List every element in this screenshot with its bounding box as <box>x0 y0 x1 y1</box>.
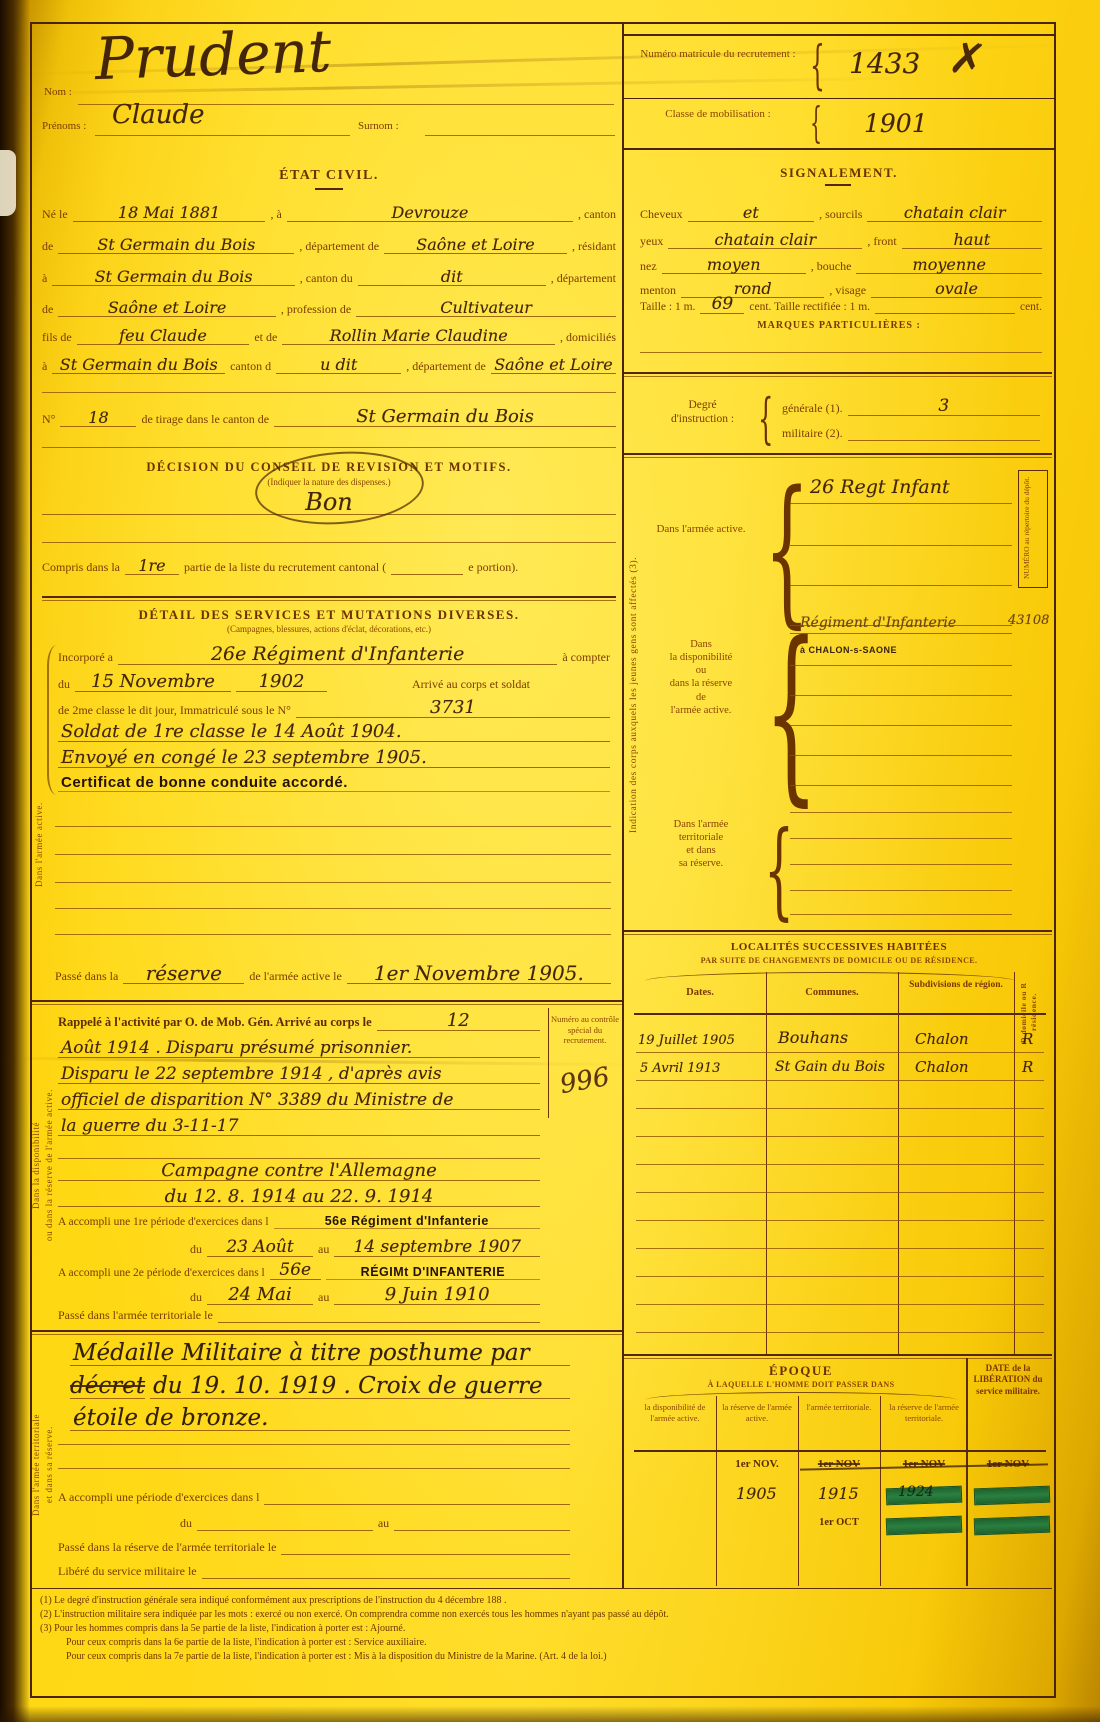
nez-line: nez moyen , bouche moyenne <box>640 257 1042 274</box>
epoque-r3c3: 1er OCT <box>800 1516 878 1529</box>
corps-line <box>790 890 1012 891</box>
ne-le-label: Né le <box>42 207 68 222</box>
page-bottom-shadow <box>0 1706 1100 1722</box>
nez-value: moyen <box>662 257 806 274</box>
signalement-title: SIGNALEMENT. <box>634 165 1044 181</box>
section-divider <box>32 1330 622 1332</box>
dispo-label-1: Dans <box>652 638 750 651</box>
etat-civil-title: ÉTAT CIVIL. <box>42 168 616 184</box>
front-value: haut <box>902 232 1042 249</box>
medaille-value-2: du 19. 10. 1919 . Croix de guerre <box>150 1375 570 1399</box>
periode2-label: A accompli une 2e période d'exercices da… <box>58 1266 265 1280</box>
section-divider <box>624 457 1052 458</box>
militaire-label: militaire (2). <box>782 426 843 441</box>
portion-label: e portion). <box>468 560 518 575</box>
du-label: du <box>180 1516 192 1531</box>
bouche-value: moyenne <box>856 257 1042 274</box>
periode2-dates-line: du 24 Mai au 9 Juin 1910 <box>190 1286 540 1305</box>
blank-line <box>42 447 616 448</box>
avis-value: officiel de disparition N° 3389 du Minis… <box>58 1092 540 1110</box>
birth-canton-line: de St Germain du Bois , département de S… <box>42 237 616 254</box>
section-divider <box>624 930 1052 932</box>
birth-place-value: Devrouze <box>287 205 573 222</box>
profession-value: Cultivateur <box>356 300 616 317</box>
taille-line: Taille : 1 m. 69 cent. Taille rectifiée … <box>640 296 1042 314</box>
margin-bracket <box>47 645 63 795</box>
sourcils-value: chatain clair <box>867 205 1042 222</box>
incorporation-year-value: 1902 <box>236 673 327 692</box>
surnom-label: Surnom : <box>358 120 399 134</box>
page-left-shadow <box>0 0 30 1722</box>
bouche-label: , bouche <box>811 259 852 274</box>
epoque-col-4: la réserve de l'armée territoriale. <box>882 1402 966 1423</box>
liste-line: Compris dans la 1re partie de la liste d… <box>42 558 616 575</box>
blank-line <box>55 908 611 909</box>
corps-line <box>790 695 1012 696</box>
soldat-1re-classe-value: Soldat de 1re classe le 14 Août 1904. <box>58 723 610 742</box>
epoque-r2c4: 1924 <box>898 1485 934 1499</box>
blank-line <box>58 1468 570 1469</box>
epoque-col-2: la réserve de l'armée active. <box>718 1402 796 1423</box>
table-vsep <box>898 972 899 1354</box>
dispo-corps-value: Régiment d'Infanterie <box>800 616 956 630</box>
section-divider <box>624 1354 1052 1356</box>
disparu-value-1: Août 1914 . Disparu présumé prisonnier. <box>58 1040 540 1058</box>
residence-line: à St Germain du Bois , canton du dit , d… <box>42 269 616 286</box>
tirage-label: de tirage dans le canton de <box>141 412 269 427</box>
birth-date-value: 18 Mai 1881 <box>73 205 266 222</box>
periode-territoriale-line: A accompli une période d'exercices dans … <box>58 1490 570 1505</box>
section-divider <box>42 600 616 601</box>
armee-active-label: Dans l'armée active. <box>652 523 750 537</box>
conge-value: Envoyé en congé le 23 septembre 1905. <box>58 749 610 768</box>
green-stamp <box>974 1516 1051 1536</box>
epoque-r2c3: 1915 <box>818 1486 859 1502</box>
cheveux-line: Cheveux et , sourcils chatain clair <box>640 205 1042 222</box>
table-vsep <box>766 972 767 1354</box>
matricule-label: Numéro matricule du recrutement : <box>632 48 804 62</box>
table-vsep <box>1014 972 1015 1354</box>
liste-partie-value: 1re <box>125 558 179 575</box>
corps-line <box>790 812 1012 813</box>
au-label: au <box>318 1242 329 1257</box>
medaille-struck-word: décret <box>70 1375 145 1399</box>
liste-label: partie de la liste du recrutement canton… <box>184 560 386 575</box>
localites-row-commune: St Gain du Bois <box>775 1060 885 1074</box>
parents-domicile-line: à St Germain du Bois canton d u dit , dé… <box>42 357 616 374</box>
profession-label: , profession de <box>281 302 351 317</box>
tirage-number-value: 18 <box>60 410 136 427</box>
table-row-line <box>636 1108 1044 1109</box>
epoque-col-date: DATE de la LIBÉRATION du service militai… <box>970 1363 1046 1397</box>
military-registration-sheet: Nom : Prudent Prénoms : Claude Surnom : … <box>0 0 1100 1722</box>
table-row-line <box>636 1080 1044 1081</box>
localites-row-dr: R <box>1022 1060 1033 1075</box>
residence-dept-value: Saône et Loire <box>58 300 276 317</box>
section-divider <box>42 596 616 598</box>
title-dash <box>825 184 851 186</box>
matricule-value: 1433 <box>849 50 920 78</box>
recruitment-number-box: Numéro matricule du recrutement : { 1433… <box>622 34 1056 150</box>
passe-reserve-line: Passé dans la réserve de l'armée active … <box>55 963 611 984</box>
periode2-line: A accompli une 2e période d'exercices da… <box>58 1262 540 1280</box>
blank-line <box>42 392 616 393</box>
cheveux-value: et <box>688 205 814 222</box>
du-label: du <box>190 1242 202 1257</box>
table-row-line <box>636 1164 1044 1165</box>
blank-line <box>55 854 611 855</box>
epoque-r1c2: 1er NOV. <box>718 1458 796 1472</box>
cent-label: cent. <box>1020 300 1042 314</box>
periode2-corps-number: 56e <box>270 1262 321 1280</box>
footnote-2: (2) L'instruction militaire sera indiqué… <box>40 1608 1048 1622</box>
medaille-line-1: Médaille Militaire à titre posthume par <box>70 1342 570 1366</box>
corps-line <box>790 914 1012 915</box>
libere-blank <box>202 1578 570 1579</box>
armee-active-corps-value: 26 Regt Infant <box>810 478 950 497</box>
guerre-value: la guerre du 3-11-17 <box>58 1118 540 1136</box>
tirage-line: N° 18 de tirage dans le canton de St Ger… <box>42 408 616 427</box>
margin-label-armee-active: Dans l'armée active. <box>34 740 46 950</box>
terr-label-1: Dans l'armée <box>652 818 750 831</box>
section-divider <box>624 453 1052 455</box>
a-label: à <box>42 359 47 374</box>
instruction-militaire-line: militaire (2). <box>782 426 1040 441</box>
incorporation-line: Incorporé a 26e Régiment d'Infanterie à … <box>58 645 610 665</box>
au-blank <box>394 1530 570 1531</box>
reserve-value: réserve <box>123 963 244 984</box>
prenoms-label: Prénoms : <box>42 120 86 134</box>
nom-value: Prudent <box>94 22 332 88</box>
corps-line <box>790 785 1012 786</box>
table-row-line <box>636 1248 1044 1249</box>
dispo-label-6: l'armée active. <box>652 704 750 717</box>
table-row-line <box>636 1192 1044 1193</box>
blank-line <box>58 1444 570 1445</box>
immatriculation-number-value: 3731 <box>296 699 610 718</box>
localites-row-commune: Bouhans <box>778 1030 848 1046</box>
a-compter-label: à compter <box>562 650 610 665</box>
birth-dept-value: Saône et Loire <box>384 237 567 254</box>
profession-line: de Saône et Loire , profession de Cultiv… <box>42 300 616 317</box>
cheveux-label: Cheveux <box>640 207 683 222</box>
liste-portion-blank <box>391 574 463 575</box>
periode1-date1-value: 23 Août <box>207 1239 313 1257</box>
soldat-1re-classe-line: Soldat de 1re classe le 14 Août 1904. <box>58 723 610 742</box>
localites-row-subdivision: Chalon <box>915 1032 969 1047</box>
periode2-date1-value: 24 Mai <box>207 1286 313 1305</box>
margin-label-disponibilite-2: ou dans la réserve de l'armée active. <box>44 1030 56 1300</box>
disparu-value-2: Disparu le 22 septembre 1914 , d'après a… <box>58 1066 540 1084</box>
epoque-title: ÉPOQUE <box>634 1363 968 1379</box>
libere-line: Libéré du service militaire le <box>58 1564 570 1579</box>
table-vsep <box>966 1358 968 1586</box>
incorporation-date-value: 15 Novembre <box>75 673 231 692</box>
yeux-label: yeux <box>640 234 663 249</box>
brace-glyph: { <box>810 40 825 92</box>
compris-label: Compris dans la <box>42 560 120 575</box>
instruction-label: Degré d'instruction : <box>655 398 750 427</box>
margin-label-territoriale-1: Dans l'armée territoriale <box>31 1350 43 1580</box>
yeux-line: yeux chatain clair , front haut <box>640 232 1042 249</box>
residant-label: , résidant <box>572 239 616 254</box>
table-vsep <box>716 1396 717 1586</box>
armee-active-le-label: de l'armée active le <box>249 969 341 984</box>
periode2-date2-value: 9 Juin 1910 <box>334 1286 540 1305</box>
brace-glyph: { <box>810 102 822 144</box>
marques-label: MARQUES PARTICULIÈRES : <box>634 320 1044 331</box>
header-rule <box>634 1013 1046 1015</box>
blank-line <box>55 826 611 827</box>
section-divider <box>32 1334 622 1335</box>
de-label: de <box>42 302 53 317</box>
brace-glyph: { <box>758 392 773 446</box>
immatriculation-line: de 2me classe le dit jour, Immatriculé s… <box>58 699 610 718</box>
tirage-canton-value: St Germain du Bois <box>274 408 616 427</box>
controle-box-border <box>548 1008 549 1118</box>
corps-margin-label: Indication des corps auxquels les jeunes… <box>628 465 640 925</box>
green-stamp <box>886 1516 963 1536</box>
localites-row-date: 5 Avril 1913 <box>640 1062 720 1075</box>
parents-line: fils de feu Claude et de Rollin Marie Cl… <box>42 328 616 345</box>
section-divider <box>624 934 1052 935</box>
disparu-line-2: Disparu le 22 septembre 1914 , d'après a… <box>58 1066 540 1084</box>
footnote-5: Pour ceux compris dans la 7e partie de l… <box>66 1650 1048 1664</box>
dispo-label-5: de <box>652 691 750 704</box>
campagne-line-2: du 12. 8. 1914 au 22. 9. 1914 <box>58 1188 540 1207</box>
periode1-label: A accompli une 1re période d'exercices d… <box>58 1215 269 1229</box>
table-vsep <box>880 1396 881 1586</box>
guerre-line: la guerre du 3-11-17 <box>58 1118 540 1136</box>
birth-line: Né le 18 Mai 1881 , à Devrouze , canton <box>42 205 616 222</box>
localites-col-dates: Dates. <box>634 986 766 999</box>
medaille-line-3: étoile de bronze. <box>70 1407 570 1431</box>
table-vsep <box>798 1396 799 1586</box>
classe-label: Classe de mobilisation : <box>632 108 804 122</box>
a-label: à <box>42 271 47 286</box>
medaille-value-1: Médaille Militaire à titre posthume par <box>70 1342 570 1366</box>
periode1-corps-stamp: 56e Régiment d'Infanterie <box>274 1214 540 1229</box>
domicilies-label: , domiciliés <box>560 330 616 345</box>
nom-label: Nom : <box>44 86 72 100</box>
nez-label: nez <box>640 259 657 274</box>
table-row-line <box>636 1332 1044 1333</box>
terr-label-4: sa réserve. <box>652 857 750 870</box>
localites-row-date: 19 Juillet 1905 <box>638 1034 735 1047</box>
footnote-divider <box>32 1588 1052 1589</box>
reserve-date-value: 1er Novembre 1905. <box>347 963 611 984</box>
header-rule <box>634 1450 1046 1452</box>
dispo-corps-number: 43108 <box>1008 614 1049 627</box>
au-label: au <box>378 1516 389 1531</box>
reserve-territoriale-blank <box>281 1554 570 1555</box>
brace-glyph: { <box>764 818 794 923</box>
corps-line <box>790 755 1012 756</box>
immatricule-label: de 2me classe le dit jour, Immatriculé s… <box>58 703 291 718</box>
services-subtitle: (Campagnes, blessures, actions d'éclat, … <box>42 624 616 634</box>
dispo-label-4: dans la réserve <box>652 677 750 690</box>
father-value: feu Claude <box>77 328 250 345</box>
territoriale-label: Dans l'armée territoriale et dans sa rés… <box>652 818 750 871</box>
epoque-col-1: la disponibilité de l'armée active. <box>636 1402 714 1423</box>
departement-label: , département <box>551 271 616 286</box>
epoque-r2c2: 1905 <box>736 1486 777 1502</box>
parents-canton-value: u dit <box>276 357 401 374</box>
footnote-3: (3) Pour les hommes compris dans la 5e p… <box>40 1622 1048 1636</box>
certificat-line: Certificat de bonne conduite accordé. <box>58 774 610 792</box>
localites-subtitle: PAR SUITE DE CHANGEMENTS DE DOMICILE OU … <box>634 956 1044 965</box>
departement-de-label: , département de <box>406 359 486 374</box>
passe-territoriale-blank <box>218 1322 540 1323</box>
margin-label-territoriale-2: et dans sa réserve. <box>44 1360 56 1570</box>
table-row-line <box>636 1220 1044 1221</box>
yeux-value: chatain clair <box>668 232 862 249</box>
a-label: , à <box>270 207 281 222</box>
services-title: DÉTAIL DES SERVICES ET MUTATIONS DIVERSE… <box>42 607 616 623</box>
localites-row-subdivision: Chalon <box>915 1060 969 1075</box>
campagne-line-1: Campagne contre l'Allemagne <box>58 1162 540 1181</box>
brace-glyph: { <box>764 618 818 808</box>
disparu-line-1: Août 1914 . Disparu présumé prisonnier. <box>58 1040 540 1058</box>
corps-line <box>790 633 1012 634</box>
conge-line: Envoyé en congé le 23 septembre 1905. <box>58 749 610 768</box>
au-label: au <box>318 1290 329 1305</box>
blank-line <box>640 352 1042 353</box>
periode1-dates-line: du 23 Août au 14 septembre 1907 <box>190 1239 540 1257</box>
rappel-date-value: 12 <box>377 1012 540 1031</box>
terr-label-3: et dans <box>652 844 750 857</box>
numero-repertoire-label: NUMÉRO au répertoire du dépôt. <box>1022 475 1032 581</box>
canton-d-label: canton d <box>230 359 271 374</box>
green-stamp <box>974 1486 1051 1506</box>
table-row-line <box>636 1276 1044 1277</box>
periode-territoriale-blank <box>264 1504 570 1505</box>
table-row-line <box>636 1304 1044 1305</box>
margin-label-disponibilite-1: Dans la disponibilité <box>31 1040 43 1290</box>
x-mark: ✗ <box>946 32 990 88</box>
fils-de-label: fils de <box>42 330 72 345</box>
disponibilite-label: Dans la disponibilité ou dans la réserve… <box>652 638 750 717</box>
du-label: du <box>58 677 70 692</box>
section-divider <box>32 1000 622 1002</box>
medaille-line-2: décret du 19. 10. 1919 . Croix de guerre <box>70 1375 570 1399</box>
prenoms-value: Claude <box>112 102 205 128</box>
corps-line <box>790 503 1012 504</box>
certificat-stamp: Certificat de bonne conduite accordé. <box>58 774 610 792</box>
incorporation-date-line: du 15 Novembre 1902 Arrivé au corps et s… <box>58 673 610 692</box>
table-row-line <box>636 1136 1044 1137</box>
periode1-line: A accompli une 1re période d'exercices d… <box>58 1214 540 1229</box>
instruction-label-1: Degré <box>655 398 750 412</box>
blank-line <box>55 882 611 883</box>
campagne-value-1: Campagne contre l'Allemagne <box>58 1162 540 1181</box>
mother-value: Rollin Marie Claudine <box>282 328 555 345</box>
reserve-territoriale-label: Passé dans la réserve de l'armée territo… <box>58 1540 276 1555</box>
taille-rectifiee-label: cent. Taille rectifiée : 1 m. <box>749 300 870 314</box>
corps-line <box>790 585 1012 586</box>
front-label: , front <box>867 234 896 249</box>
arrive-corps-label: Arrivé au corps et soldat <box>332 677 610 692</box>
table-row-line <box>636 1052 1044 1053</box>
blank-line <box>42 542 616 543</box>
reserve-territoriale-line: Passé dans la réserve de l'armée territo… <box>58 1540 570 1555</box>
classe-value: 1901 <box>864 111 928 136</box>
incorporation-corps-value: 26e Régiment d'Infanterie <box>118 645 557 665</box>
localites-col-subdivisions: Subdivisions de région. <box>898 980 1014 992</box>
residence-value: St Germain du Bois <box>52 269 294 286</box>
medaille-value-3: étoile de bronze. <box>70 1407 570 1431</box>
incorpore-label: Incorporé a <box>58 650 113 665</box>
section-divider <box>624 1358 1052 1359</box>
departement-label: , département de <box>299 239 379 254</box>
taille-rectifiee-blank <box>875 313 1015 314</box>
dispo-label-3: ou <box>652 664 750 677</box>
sourcils-label: , sourcils <box>819 207 862 222</box>
section-divider <box>32 1004 622 1005</box>
instruction-label-2: d'instruction : <box>655 412 750 426</box>
blank-line <box>55 934 611 935</box>
du-blank <box>197 1530 373 1531</box>
instruction-generale-line: générale (1). 3 <box>782 398 1040 416</box>
passe-territoriale-line: Passé dans l'armée territoriale le <box>58 1308 540 1323</box>
corps-line <box>790 864 1012 865</box>
section-divider <box>624 376 1052 377</box>
birth-canton-value: St Germain du Bois <box>58 237 294 254</box>
rappel-stamp: Rappelé à l'activité par O. de Mob. Gén.… <box>58 1015 372 1031</box>
surnom-underline <box>425 135 615 136</box>
section-divider <box>624 372 1052 374</box>
corps-line <box>790 665 1012 666</box>
blank-line <box>58 1158 540 1159</box>
epoque-col-3: l'armée territoriale. <box>800 1402 878 1413</box>
epoque-subtitle: À LAQUELLE L'HOMME DOIT PASSER DANS <box>634 1380 968 1389</box>
instruction-generale-value: 3 <box>848 398 1040 416</box>
box-row-divider <box>624 98 1054 99</box>
passe-dans-la-label: Passé dans la <box>55 969 118 984</box>
residence-canton-value: dit <box>358 269 546 286</box>
periode-territoriale-label: A accompli une période d'exercices dans … <box>58 1490 259 1505</box>
numero-label: N° <box>42 412 55 427</box>
rappel-line: Rappelé à l'activité par O. de Mob. Gén.… <box>58 1012 540 1031</box>
campagne-value-2: du 12. 8. 1914 au 22. 9. 1914 <box>58 1188 540 1207</box>
title-dash <box>315 188 343 190</box>
numero-repertoire-box: NUMÉRO au répertoire du dépôt. <box>1018 470 1048 588</box>
et-de-label: et de <box>254 330 277 345</box>
du-au-line: du au <box>180 1516 570 1531</box>
canton-label: , canton <box>578 207 616 222</box>
dispo-label-2: la disponibilité <box>652 651 750 664</box>
generale-label: générale (1). <box>782 401 843 416</box>
libere-label: Libéré du service militaire le <box>58 1564 197 1579</box>
de-label: de <box>42 239 53 254</box>
parents-domicile-value: St Germain du Bois <box>52 357 225 374</box>
prenoms-underline <box>95 135 350 136</box>
instruction-militaire-blank <box>848 440 1040 441</box>
parents-dept-value: Saône et Loire <box>491 357 616 374</box>
footnote-1: (1) Le degré d'instruction générale sera… <box>40 1594 1048 1608</box>
terr-label-2: territoriale <box>652 831 750 844</box>
avis-line: officiel de disparition N° 3389 du Minis… <box>58 1092 540 1110</box>
passe-territoriale-label: Passé dans l'armée territoriale le <box>58 1308 213 1323</box>
localites-row-dr: R <box>1022 1032 1033 1047</box>
localites-col-communes: Communes. <box>766 986 898 999</box>
periode2-corps-stamp: RÉGIMt D'INFANTERIE <box>326 1265 540 1280</box>
taille-label: Taille : 1 m. <box>640 300 695 314</box>
canton-du-label: , canton du <box>300 271 353 286</box>
corps-line <box>790 725 1012 726</box>
localites-title: LOCALITÉS SUCCESSIVES HABITÉES <box>634 941 1044 953</box>
du-label: du <box>190 1290 202 1305</box>
